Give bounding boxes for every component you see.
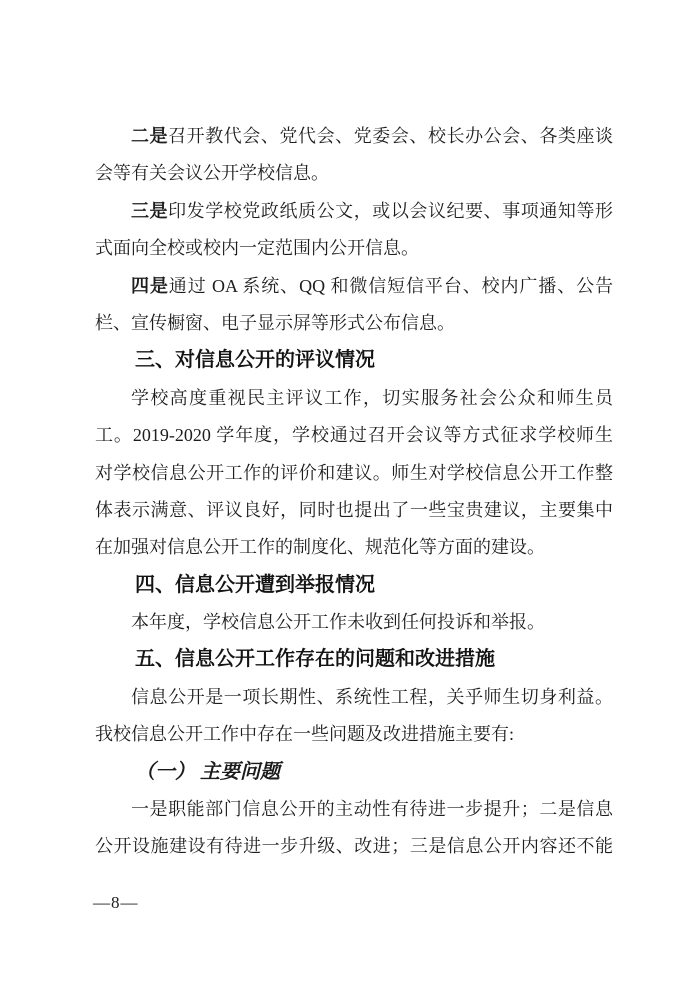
- line-text: （一） 主要问题: [135, 761, 280, 783]
- line-text: 一是职能部门信息公开的主动性有待进一步提升；二是信息: [131, 799, 613, 819]
- body-line: 本年度，学校信息公开工作未收到任何投诉和举报。: [95, 604, 613, 641]
- line-text: 召开教代会、党代会、党委会、校长办公会、各类座谈: [168, 126, 613, 146]
- section-heading-complaints: 四、信息公开遭到举报情况: [95, 567, 613, 604]
- body-line: 会等有关会议公开学校信息。: [95, 155, 613, 192]
- line-text: 式面向全校或校内一定范围内公开信息。: [95, 238, 419, 258]
- line-text: 本年度，学校信息公开工作未收到任何投诉和举报。: [131, 612, 545, 632]
- body-line: 一是职能部门信息公开的主动性有待进一步提升；二是信息: [95, 791, 613, 828]
- text-block: 二是召开教代会、党代会、党委会、校长办公会、各类座谈 会等有关会议公开学校信息。…: [95, 118, 613, 866]
- paragraph-lead: 二是: [131, 126, 168, 146]
- body-line: 信息公开是一项长期性、系统性工程，关乎师生切身利益。: [95, 679, 613, 716]
- body-line: 三是印发学校党政纸质公文，或以会议纪要、事项通知等形: [95, 193, 613, 230]
- line-text: 五、信息公开工作存在的问题和改进措施: [135, 648, 495, 670]
- line-text: 公开设施建设有待进一步升级、改进；三是信息公开内容还不能: [95, 836, 613, 856]
- line-text: 在加强对信息公开工作的制度化、规范化等方面的建设。: [95, 537, 545, 557]
- body-line: 学校高度重视民主评议工作，切实服务社会公众和师生员: [95, 380, 613, 417]
- document-page: 二是召开教代会、党代会、党委会、校长办公会、各类座谈 会等有关会议公开学校信息。…: [0, 0, 700, 990]
- line-text: 通过 OA 系统、QQ 和微信短信平台、校内广播、公告: [169, 276, 613, 296]
- body-line: 体表示满意、评议良好，同时也提出了一些宝贵建议，主要集中: [95, 492, 613, 529]
- line-text: 体表示满意、评议良好，同时也提出了一些宝贵建议，主要集中: [95, 500, 613, 520]
- body-line: 公开设施建设有待进一步升级、改进；三是信息公开内容还不能: [95, 828, 613, 865]
- body-line: 对学校信息公开工作的评价和建议。师生对学校信息公开工作整: [95, 455, 613, 492]
- line-text: 我校信息公开工作中存在一些问题及改进措施主要有:: [95, 724, 514, 744]
- line-text: 三、对信息公开的评议情况: [135, 349, 375, 371]
- body-line: 工。2019-2020 学年度，学校通过召开会议等方式征求学校师生: [95, 417, 613, 454]
- section-heading-evaluation: 三、对信息公开的评议情况: [95, 342, 613, 379]
- line-text: 学校高度重视民主评议工作，切实服务社会公众和师生员: [131, 388, 613, 408]
- line-text: 栏、宣传橱窗、电子显示屏等形式公布信息。: [95, 313, 455, 333]
- line-text: 工。2019-2020 学年度，学校通过召开会议等方式征求学校师生: [95, 425, 613, 445]
- line-text: 对学校信息公开工作的评价和建议。师生对学校信息公开工作整: [95, 463, 613, 483]
- sub-heading-main-problems: （一） 主要问题: [95, 754, 613, 791]
- line-text: 四、信息公开遭到举报情况: [135, 574, 375, 596]
- body-line: 式面向全校或校内一定范围内公开信息。: [95, 230, 613, 267]
- line-text: 信息公开是一项长期性、系统性工程，关乎师生切身利益。: [131, 687, 613, 707]
- body-line: 二是召开教代会、党代会、党委会、校长办公会、各类座谈: [95, 118, 613, 155]
- body-line: 在加强对信息公开工作的制度化、规范化等方面的建设。: [95, 529, 613, 566]
- body-line: 我校信息公开工作中存在一些问题及改进措施主要有:: [95, 716, 613, 753]
- section-heading-problems: 五、信息公开工作存在的问题和改进措施: [95, 641, 613, 678]
- paragraph-lead: 三是: [131, 201, 168, 221]
- line-text: 会等有关会议公开学校信息。: [95, 163, 329, 183]
- line-text: 印发学校党政纸质公文，或以会议纪要、事项通知等形: [168, 201, 613, 221]
- paragraph-lead: 四是: [131, 276, 169, 296]
- page-number: —8—: [93, 893, 139, 913]
- body-line: 四是通过 OA 系统、QQ 和微信短信平台、校内广播、公告: [95, 268, 613, 305]
- body-line: 栏、宣传橱窗、电子显示屏等形式公布信息。: [95, 305, 613, 342]
